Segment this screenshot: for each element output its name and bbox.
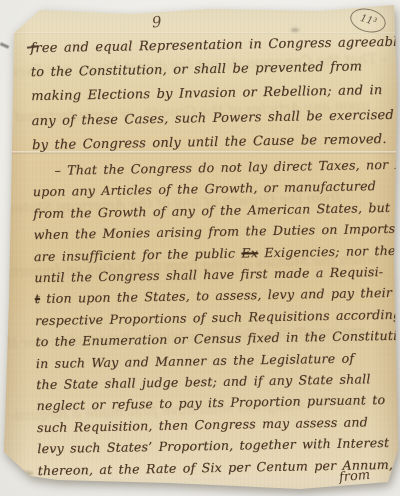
folio-annotation: 11³ <box>358 13 377 28</box>
stain-speck <box>291 28 299 32</box>
paragraph: – That the Congress do not lay direct Ta… <box>32 154 396 481</box>
handwritten-text: upon any Articles of the Growth, or manu… <box>33 179 376 200</box>
handwritten-text: respective Proportions of such Requisiti… <box>35 307 400 328</box>
manuscript-text: free and equal Representation in Congres… <box>30 31 396 481</box>
paper-shadow: – That the Congress do not lay direct Ta… <box>0 0 400 496</box>
handwritten-text: neglect or refuse to pay its Proportion … <box>36 393 385 414</box>
struck-text: Ex <box>241 245 258 260</box>
handwritten-text: from the Growth of any of the American S… <box>33 200 390 221</box>
handwritten-text: until the Congress shall have first made… <box>34 264 383 285</box>
handwritten-text: to the Constitution, or shall be prevent… <box>31 60 363 81</box>
handwritten-text: by the Congress only until the Cause be … <box>32 132 387 153</box>
handwritten-text: are insufficient for the public <box>34 245 242 264</box>
handwritten-text: when the Monies arising from the Duties … <box>33 221 395 242</box>
handwritten-text: – That the Congress do not lay direct Ta… <box>54 156 400 178</box>
handwritten-text: the State shall judge best; and if any S… <box>36 371 371 392</box>
handwritten-text: tion upon the States, to assess, levy an… <box>40 285 392 306</box>
pencil-smudge <box>17 471 33 476</box>
page-number: 9 <box>151 13 162 32</box>
handwritten-text: free and equal Representation in Congres… <box>30 35 400 57</box>
handwritten-text: such Requisition, then Congress may asse… <box>37 414 368 435</box>
catchword: from <box>338 468 370 486</box>
handwritten-text: making Elections by Invasion or Rebellio… <box>31 83 382 104</box>
handwritten-text: to the Enumeration or Census fixed in th… <box>35 328 400 350</box>
photo-background: – That the Congress do not lay direct Ta… <box>0 0 400 496</box>
manuscript-page: – That the Congress do not lay direct Ta… <box>0 0 400 496</box>
handwritten-text: levy such States’ Proportion, together w… <box>37 435 389 456</box>
paragraph: free and equal Representation in Congres… <box>30 31 390 158</box>
handwritten-text: any of these Cases, such Powers shall be… <box>31 107 394 128</box>
handwritten-text: in such Way and Manner as the Legislatur… <box>36 350 355 371</box>
handwritten-text: Exigencies; nor then <box>258 242 400 260</box>
manuscript-line: by the Congress only until the Cause be … <box>32 128 390 158</box>
